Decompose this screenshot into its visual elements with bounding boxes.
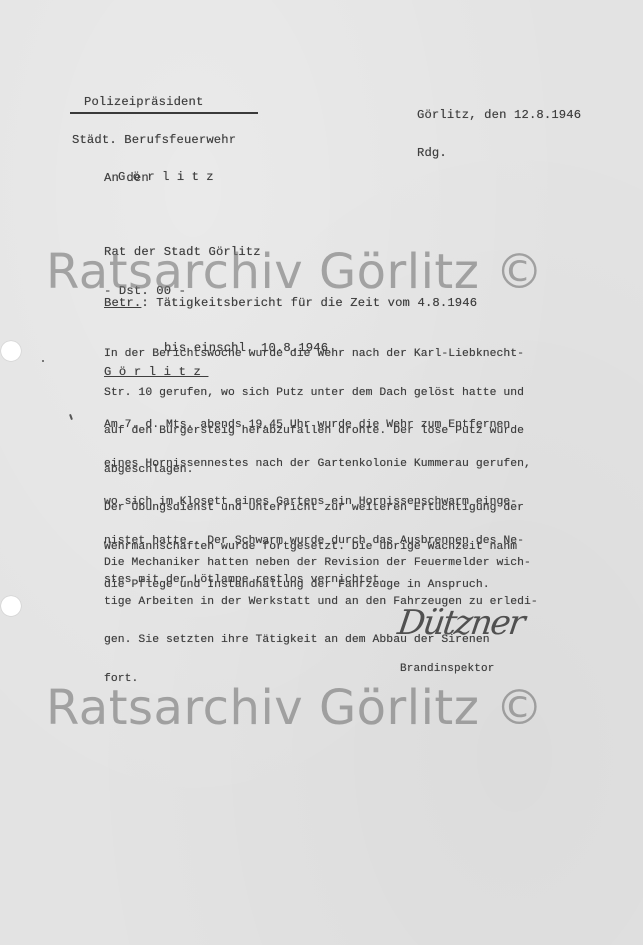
sender-underline [70, 112, 258, 114]
paragraph-line: Der Übungsdienst und Unterricht zur weit… [104, 502, 524, 515]
punch-hole [1, 596, 21, 616]
place-date: Görlitz, den 12.8.1946 [417, 109, 581, 122]
signatory-title: Brandinspektor [400, 663, 495, 676]
watermark: Ratsarchiv Görlitz © [46, 244, 544, 300]
paper-speck [42, 360, 44, 362]
paragraph-line: eines Hornissennestes nach der Gartenkol… [104, 458, 531, 471]
paragraph-line: Am 7. d. Mts. abends 19,45 Uhr wurde die… [104, 419, 531, 432]
paper-speck [69, 414, 73, 420]
reference-code: Rdg. [417, 147, 581, 160]
recipient-line: An den [104, 172, 261, 185]
handwritten-signature: Dützner [395, 603, 526, 643]
scanned-letter-page: Polizeipräsident Städt. Berufsfeuerwehr … [0, 0, 643, 945]
sender-line: Städt. Berufsfeuerwehr [72, 134, 236, 147]
paragraph-line: Die Mechaniker hatten neben der Revision… [104, 557, 538, 570]
watermark: Ratsarchiv Görlitz © [46, 680, 544, 736]
sender-line: Polizeipräsident [72, 96, 236, 109]
date-block: Görlitz, den 12.8.1946 Rdg. [417, 84, 581, 184]
paragraph-line: In der Berichtswoche wurde die Wehr nach… [104, 348, 524, 361]
punch-hole [1, 341, 21, 361]
